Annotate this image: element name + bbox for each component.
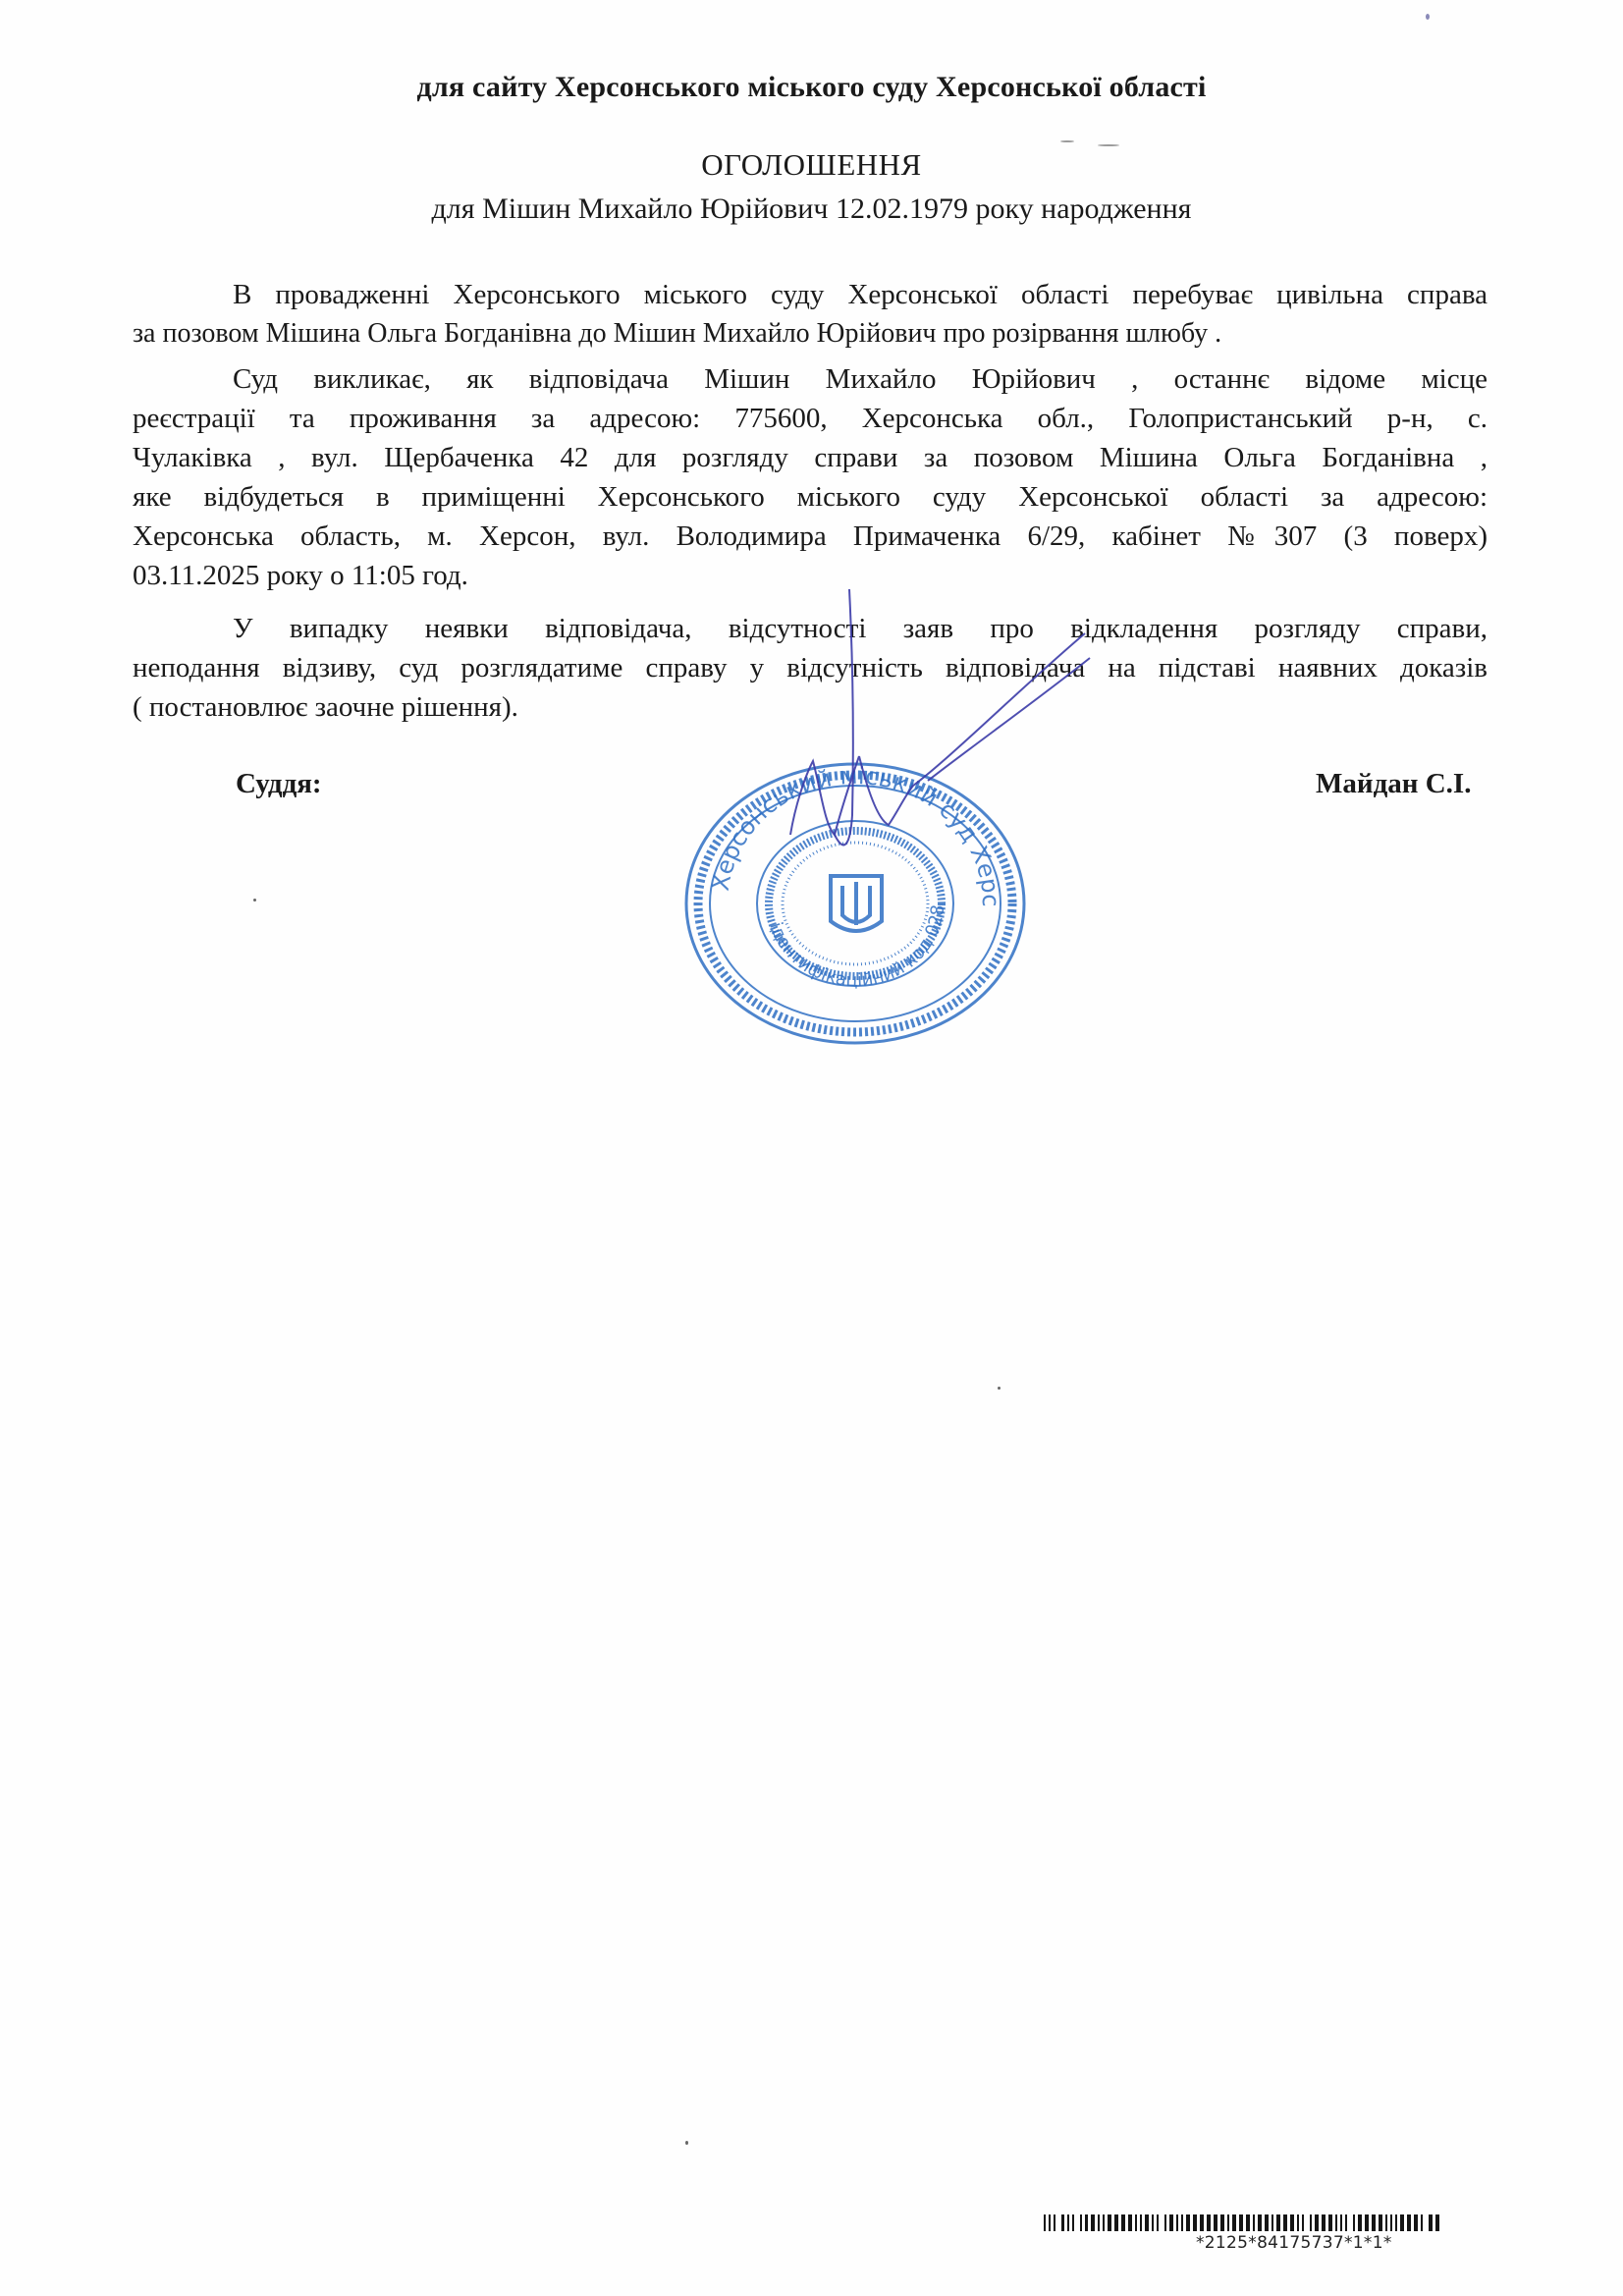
paragraph-line: реєстрації та проживання за адресою: 775… [133,399,1488,438]
scan-speck [998,1387,1001,1390]
judge-label: Суддя: [236,768,322,800]
document-subtitle: для Мішин Михайло Юрійович 12.02.1979 ро… [0,192,1623,226]
scan-speck [1060,140,1074,142]
document-title: ОГОЛОШЕННЯ [0,147,1623,183]
signature-icon [687,589,1100,884]
scan-speck [685,2141,688,2145]
paragraph-line: яке відбудеться в приміщенні Херсонськог… [133,477,1488,517]
paragraph-line: В провадженні Херсонського міського суду… [133,275,1488,314]
paragraph-line: Суд викликає, як відповідача Мішин Михай… [133,359,1488,399]
judge-name: Майдан С.І. [1316,768,1471,800]
document-page: для сайту Херсонського міського суду Хер… [0,0,1623,2296]
document-barcode [1044,2214,1550,2231]
paragraph-line: Чулаківка , вул. Щербаченка 42 для розгл… [133,438,1488,477]
barcode-code: *2125*84175737*1*1* [1196,2233,1392,2253]
paragraph-proceedings: В провадженні Херсонського міського суду… [133,275,1488,354]
scan-speck [1426,14,1430,20]
scan-speck [1098,144,1119,146]
paragraph-summons: Суд викликає, як відповідача Мішин Михай… [133,359,1488,595]
site-header: для сайту Херсонського міського суду Хер… [0,71,1623,104]
scan-speck [253,899,256,902]
paragraph-line: за позовом Мішина Ольга Богданівна до Мі… [133,314,1488,354]
paragraph-line: Херсонська область, м. Херсон, вул. Воло… [133,517,1488,556]
